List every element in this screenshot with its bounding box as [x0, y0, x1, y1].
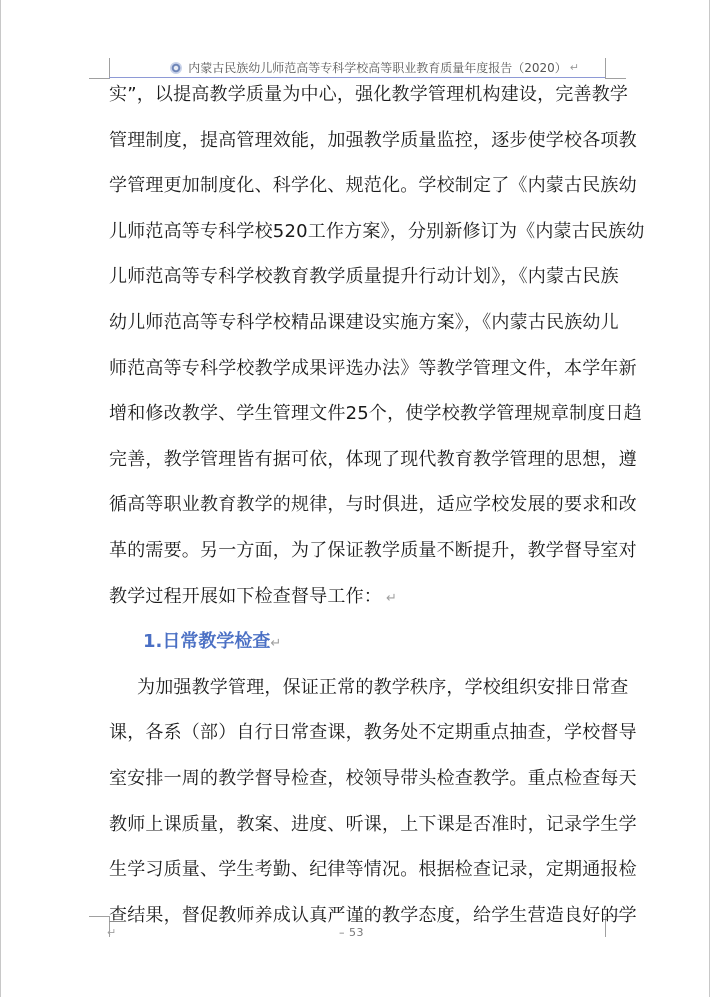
text-line: 增和修改教学、学生管理文件25个，使学校教学管理规章制度日趋 — [109, 391, 609, 437]
document-body[interactable]: 实”，以提高教学质量为中心，强化教学管理机构建设，完善教学 管理制度，提高管理效… — [109, 72, 609, 938]
text-line: 实”，以提高教学质量为中心，强化教学管理机构建设，完善教学 — [109, 72, 609, 118]
page-number: – 53 — [339, 926, 364, 939]
text-line: 生学习质量、学生考勤、纪律等情况。根据检查记录，定期通报检 — [109, 847, 609, 893]
text-line: 幼儿师范高等专科学校精品课建设实施方案》，《内蒙古民族幼儿 — [109, 300, 609, 346]
text-line-content: 教学过程开展如下检查督导工作： — [109, 586, 382, 607]
text-line: 师范高等专科学校教学成果评选办法》等教学管理文件，本学年新 — [109, 346, 609, 392]
section-heading: 1.日常教学检查↵ — [109, 619, 609, 665]
paragraph-mark-icon: ↵ — [386, 591, 397, 606]
text-line: 管理制度，提高管理效能，加强教学质量监控，逐步使学校各项教 — [109, 118, 609, 164]
text-line: 课，各系（部）自行日常查课，教务处不定期重点抽查，学校督导 — [109, 710, 609, 756]
text-line: 室安排一周的教学督导检查，校领导带头检查教学。重点检查每天 — [109, 756, 609, 802]
paragraph-mark-icon: ↵ — [270, 636, 281, 651]
paragraph-mark-icon: ↵ — [107, 926, 116, 939]
section-heading-text: 1.日常教学检查 — [143, 631, 270, 652]
text-line: 革的需要。另一方面，为了保证教学质量不断提升，教学督导室对 — [109, 528, 609, 574]
text-line: 循高等职业教育教学的规律，与时俱进，适应学校发展的要求和改 — [109, 482, 609, 528]
text-line: 为加强教学管理，保证正常的教学秩序，学校组织安排日常查 — [109, 665, 609, 711]
text-line: 完善，教学管理皆有据可依，体现了现代教育教学管理的思想，遵 — [109, 437, 609, 483]
text-line-last: 教学过程开展如下检查督导工作：↵ — [109, 574, 609, 620]
text-line: 学管理更加制度化、科学化、规范化。学校制定了《内蒙古民族幼 — [109, 163, 609, 209]
crop-mark-top-left — [89, 58, 110, 79]
text-line: 儿师范高等专科学校教育教学质量提升行动计划》，《内蒙古民族 — [109, 254, 609, 300]
document-page: 内蒙古民族幼儿师范高等专科学校高等职业教育质量年度报告（2020） ↵ 实”，以… — [0, 0, 710, 997]
text-line: 教师上课质量，教案、进度、听课，上下课是否准时，记录学生学 — [109, 802, 609, 848]
text-line: 儿师范高等专科学校520工作方案》，分别新修订为《内蒙古民族幼 — [109, 209, 609, 255]
